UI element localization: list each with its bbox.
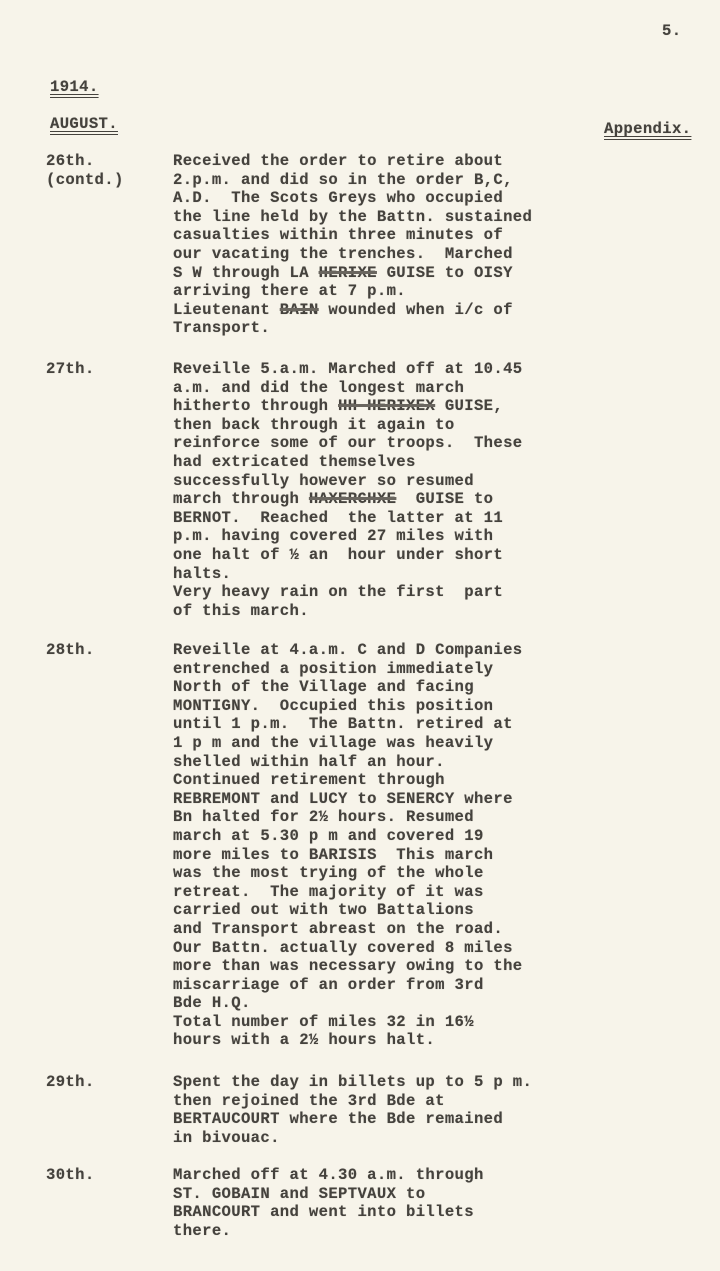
entry-line: one halt of ½ an hour under short [173,546,522,565]
struck-out-text: HH HERIXEX [338,397,435,415]
entry-line: retreat. The majority of it was [173,883,522,902]
entry-line: MONTIGNY. Occupied this position [173,697,522,716]
entry-line: there. [173,1222,484,1241]
entry-line: march through HAXERGHXE GUISE to [173,490,522,509]
struck-out-text: HERIXE [319,264,377,282]
entry-line: North of the Village and facing [173,678,522,697]
entry-line: Marched off at 4.30 a.m. through [173,1166,484,1185]
entry-line: shelled within half an hour. [173,753,522,772]
entry-date: 28th. [46,641,95,660]
entry-text: Marched off at 4.30 a.m. throughST. GOBA… [173,1166,484,1240]
entry-line: the line held by the Battn. sustained [173,208,532,227]
entry-line: in bivouac. [173,1129,532,1148]
entry-line: Lieutenant BAIN wounded when i/c of [173,301,532,320]
entry-line: more than was necessary owing to the [173,957,522,976]
entry-line: Reveille at 4.a.m. C and D Companies [173,641,522,660]
entry-line: a.m. and did the longest march [173,379,522,398]
month-heading: AUGUST. [50,115,118,133]
entry-line: more miles to BARISIS This march [173,846,522,865]
entry-line: REBREMONT and LUCY to SENERCY where [173,790,522,809]
entry-line: Continued retirement through [173,771,522,790]
entry-line: Total number of miles 32 in 16½ [173,1013,522,1032]
entry-line: Our Battn. actually covered 8 miles [173,939,522,958]
typed-document-page: 5. 1914. AUGUST. Appendix. 26th. (contd.… [0,0,720,1271]
entry-text: Reveille at 4.a.m. C and D Companiesentr… [173,641,522,1050]
entry-line: arriving there at 7 p.m. [173,282,532,301]
entry-text: Received the order to retire about2.p.m.… [173,152,532,338]
entry-line: casualties within three minutes of [173,226,532,245]
entry-line: halts. [173,565,522,584]
entry-line: was the most trying of the whole [173,864,522,883]
entry-line: 2.p.m. and did so in the order B,C, [173,171,532,190]
entry-line: then back through it again to [173,416,522,435]
entry-line: S W through LA HERIXE GUISE to OISY [173,264,532,283]
struck-out-text: BAIN [280,301,319,319]
entry-line: p.m. having covered 27 miles with [173,527,522,546]
entry-line: Received the order to retire about [173,152,532,171]
entry-line: Transport. [173,319,532,338]
entry-line: ST. GOBAIN and SEPTVAUX to [173,1185,484,1204]
entry-line: hitherto through HH HERIXEX GUISE, [173,397,522,416]
entry-line: 1 p m and the village was heavily [173,734,522,753]
entry-line: Very heavy rain on the first part [173,583,522,602]
entry-line: BRANCOURT and went into billets [173,1203,484,1222]
entry-line: march at 5.30 p m and covered 19 [173,827,522,846]
entry-line: and Transport abreast on the road. [173,920,522,939]
entry-line: miscarriage of an order from 3rd [173,976,522,995]
entry-line: BERTAUCOURT where the Bde remained [173,1110,532,1129]
entry-line: then rejoined the 3rd Bde at [173,1092,532,1111]
appendix-label: Appendix. [604,120,691,138]
entry-line: had extricated themselves [173,453,522,472]
entry-line: Bn halted for 2½ hours. Resumed [173,808,522,827]
entry-line: entrenched a position immediately [173,660,522,679]
entry-line: until 1 p.m. The Battn. retired at [173,715,522,734]
entry-line: Reveille 5.a.m. Marched off at 10.45 [173,360,522,379]
entry-line: successfully however so resumed [173,472,522,491]
page-number: 5. [662,22,681,40]
entry-text: Spent the day in billets up to 5 p m.the… [173,1073,532,1147]
year-heading: 1914. [50,78,99,96]
entry-date: 27th. [46,360,95,379]
entry-line: reinforce some of our troops. These [173,434,522,453]
entry-line: BERNOT. Reached the latter at 11 [173,509,522,528]
entry-line: carried out with two Battalions [173,901,522,920]
entry-line: Bde H.Q. [173,994,522,1013]
entry-date: 29th. [46,1073,95,1092]
entry-line: Spent the day in billets up to 5 p m. [173,1073,532,1092]
entry-line: our vacating the trenches. Marched [173,245,532,264]
entry-text: Reveille 5.a.m. Marched off at 10.45a.m.… [173,360,522,620]
entry-date: 30th. [46,1166,95,1185]
entry-line: of this march. [173,602,522,621]
entry-line: hours with a 2½ hours halt. [173,1031,522,1050]
entry-line: A.D. The Scots Greys who occupied [173,189,532,208]
struck-out-text: HAXERGHXE [309,490,396,508]
entry-date: 26th. (contd.) [46,152,124,189]
